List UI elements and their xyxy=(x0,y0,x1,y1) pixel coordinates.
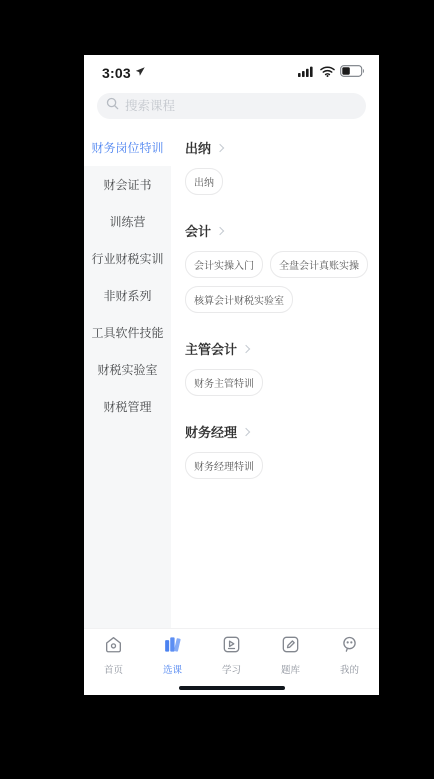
section-accounting: 会计 会计实操入门 全盘会计真账实操 核算会计财税实验室 xyxy=(185,221,371,313)
chevron-right-icon xyxy=(242,345,250,353)
tab-courses[interactable]: 选课 xyxy=(143,629,202,680)
course-tag[interactable]: 全盘会计真账实操 xyxy=(270,251,368,278)
section-header-finance-manager[interactable]: 财务经理 xyxy=(185,422,371,441)
battery-icon xyxy=(340,64,365,82)
section-header-chief-accountant[interactable]: 主管会计 xyxy=(185,339,371,358)
section-finance-manager: 财务经理 财务经理特训 xyxy=(185,422,371,479)
course-tag[interactable]: 出纳 xyxy=(185,168,223,195)
bottom-tab-bar: 首页 选课 学习 xyxy=(84,628,379,680)
section-cashier: 出纳 出纳 xyxy=(185,138,371,195)
location-arrow-icon xyxy=(135,64,146,82)
content-area: 财务岗位特训 财会证书 训练营 行业财税实训 非财系列 工具软件技能 财税实验室… xyxy=(84,129,379,632)
sidebar-item-finance-certificate[interactable]: 财会证书 xyxy=(84,166,171,203)
course-tag[interactable]: 会计实操入门 xyxy=(185,251,263,278)
profile-icon xyxy=(339,634,360,660)
sidebar-item-tool-software-skills[interactable]: 工具软件技能 xyxy=(84,314,171,351)
phone-screen: 3:03 xyxy=(84,55,379,695)
chevron-right-icon xyxy=(216,227,224,235)
course-tag[interactable]: 财务主管特训 xyxy=(185,369,263,396)
course-panel: 出纳 出纳 会计 会计实操入门 全盘会计真账实操 核算会计财税实验室 xyxy=(171,129,379,632)
course-tag[interactable]: 财务经理特训 xyxy=(185,452,263,479)
sidebar-item-industry-tax-training[interactable]: 行业财税实训 xyxy=(84,240,171,277)
section-title: 出纳 xyxy=(185,138,211,157)
tab-label: 首页 xyxy=(104,662,123,676)
tab-label: 学习 xyxy=(222,662,241,676)
tab-question-bank[interactable]: 题库 xyxy=(261,629,320,680)
search-icon xyxy=(106,97,119,115)
category-sidebar: 财务岗位特训 财会证书 训练营 行业财税实训 非财系列 工具软件技能 财税实验室… xyxy=(84,129,171,632)
status-bar: 3:03 xyxy=(84,55,379,87)
section-title: 主管会计 xyxy=(185,339,237,358)
search-area xyxy=(84,87,379,129)
cellular-signal-icon xyxy=(298,64,315,82)
section-chief-accountant: 主管会计 财务主管特训 xyxy=(185,339,371,396)
tab-label: 我的 xyxy=(340,662,359,676)
search-bar[interactable] xyxy=(97,93,366,119)
pencil-icon xyxy=(280,634,301,660)
search-input[interactable] xyxy=(125,99,357,113)
status-time: 3:03 xyxy=(102,65,131,81)
chevron-right-icon xyxy=(242,428,250,436)
tab-profile[interactable]: 我的 xyxy=(320,629,379,680)
tab-label: 选课 xyxy=(163,662,182,676)
section-title: 财务经理 xyxy=(185,422,237,441)
sidebar-item-tax-lab[interactable]: 财税实验室 xyxy=(84,351,171,388)
course-tag[interactable]: 核算会计财税实验室 xyxy=(185,286,293,313)
tab-home[interactable]: 首页 xyxy=(84,629,143,680)
sidebar-item-tax-management[interactable]: 财税管理 xyxy=(84,388,171,425)
section-title: 会计 xyxy=(185,221,211,240)
home-indicator-bar[interactable] xyxy=(179,686,285,691)
tab-learning[interactable]: 学习 xyxy=(202,629,261,680)
sidebar-item-training-camp[interactable]: 训练营 xyxy=(84,203,171,240)
wifi-icon xyxy=(320,64,335,82)
section-header-accounting[interactable]: 会计 xyxy=(185,221,371,240)
section-header-cashier[interactable]: 出纳 xyxy=(185,138,371,157)
home-icon xyxy=(103,634,124,660)
sidebar-item-finance-post-training[interactable]: 财务岗位特训 xyxy=(84,129,171,166)
sidebar-item-non-finance-series[interactable]: 非财系列 xyxy=(84,277,171,314)
books-icon xyxy=(162,634,183,660)
tab-label: 题库 xyxy=(281,662,300,676)
play-video-icon xyxy=(221,634,242,660)
chevron-right-icon xyxy=(216,144,224,152)
